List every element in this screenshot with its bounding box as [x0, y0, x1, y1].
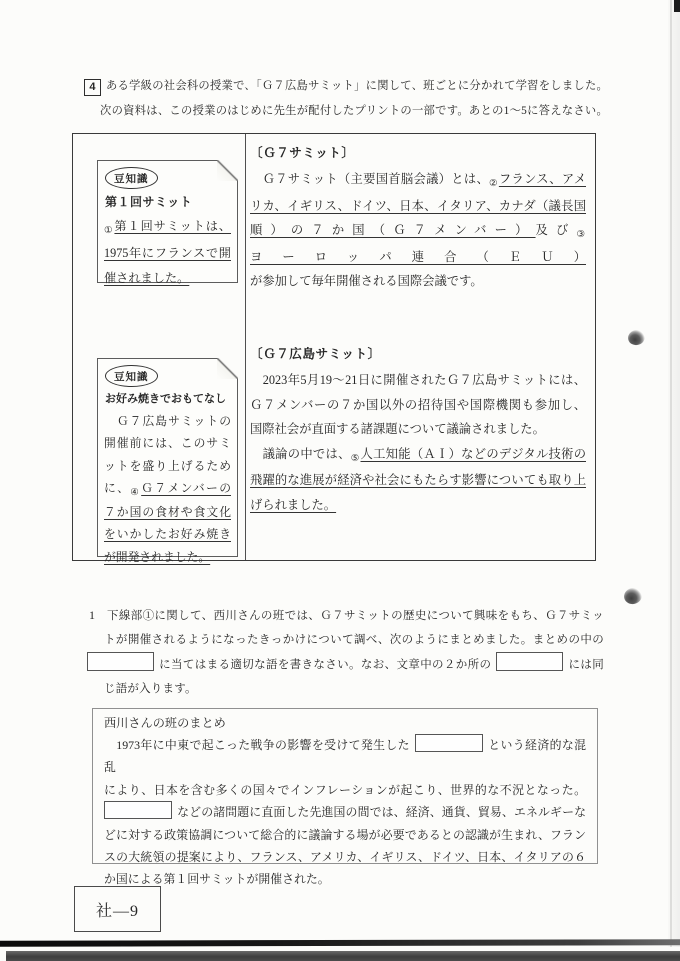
- text-run: トが開催されるようになったきっかけについて調べ、次のようにまとめました。まとめの…: [104, 634, 604, 646]
- text-line: 催されました。: [104, 266, 231, 291]
- circled-number: ④: [130, 488, 140, 498]
- trivia-badge: 豆知識: [105, 365, 158, 387]
- text-run: じ語が入ります。: [104, 683, 197, 695]
- text-line: げられました。: [250, 493, 586, 518]
- circled-number: ⑤: [351, 454, 360, 464]
- text-run: 下線部①に関して、西川さんの班では、Ｇ７サミットの歴史について興味をもち、Ｇ７サ…: [107, 610, 604, 622]
- question-1-text: 下線部①に関して、西川さんの班では、Ｇ７サミットの歴史について興味をもち、Ｇ７サ…: [87, 605, 604, 701]
- text-line: 飛躍的な進展が経済や社会にもたらす影響についても取り上: [250, 468, 586, 493]
- question-1-number: 1: [89, 608, 95, 623]
- circled-number: ②: [489, 179, 498, 189]
- text-run: に当てはまる適切な語を書きなさい。なお、文章中の２か所の: [159, 659, 491, 671]
- underlined-text: 飛躍的な進展が経済や社会にもたらす影響についても取り上: [250, 473, 586, 487]
- question-4-intro: 4 ある学級の社会科の授業で、「Ｇ７広島サミット」に関して、班ごとに分かれて学習…: [84, 74, 608, 125]
- text-line: ７か国の食材や食文化: [104, 501, 231, 523]
- text-run: スの大統領の提案により、フランス、アメリカ、イギリス、ドイツ、日本、イタリアの６: [104, 850, 586, 864]
- text-line: トが開催されるようになったきっかけについて調べ、次のようにまとめました。まとめの…: [104, 629, 604, 653]
- question-4-text: ある学級の社会科の授業で、「Ｇ７広島サミット」に関して、班ごとに分かれて学習をし…: [84, 74, 608, 125]
- question-4-number-box: 4: [84, 79, 101, 96]
- underlined-text: げられました。: [250, 498, 336, 512]
- section-body: 2023年5月19～21日に開催されたＧ７広島サミットには、Ｇ７メンバーの７か国…: [250, 368, 586, 518]
- note-body: Ｇ７広島サミットの開催前には、このサミットを盛り上げるために、④Ｇ７メンバーの７…: [104, 410, 231, 568]
- note-title: 第１回サミット: [105, 194, 231, 211]
- text-line: スの大統領の提案により、フランス、アメリカ、イギリス、ドイツ、日本、イタリアの６: [104, 846, 586, 868]
- answer-blank-box: [104, 801, 172, 819]
- summary-text: 1973年に中東で起こった戦争の影響を受けて発生したという経済的な混乱により、日…: [104, 734, 586, 891]
- text-line: どに対する政策協調について総合的に議論する場が必要であるとの認識が生まれ、フラン: [104, 824, 586, 846]
- summary-title: 西川さんの班のまとめ: [104, 713, 586, 734]
- underlined-text: Ｇ７メンバーの: [141, 481, 231, 495]
- text-run: 2023年5月19～21日に開催されたＧ７広島サミットには、: [250, 373, 586, 387]
- page-number-box: 社—9: [74, 886, 161, 932]
- text-line: 2023年5月19～21日に開催されたＧ７広島サミットには、: [250, 368, 586, 393]
- scan-bottom-bar: [6, 951, 680, 961]
- underlined-text: 催されました。: [104, 271, 189, 285]
- answer-blank-box: [87, 652, 154, 671]
- text-line: リカ、イギリス、ドイツ、日本、イタリア、カナダ（議長国: [250, 194, 586, 219]
- section-heading: 〔Ｇ７サミット〕: [250, 145, 586, 161]
- underlined-text: ヨーロッパ連合（ＥＵ）: [250, 250, 586, 264]
- text-run: 議論の中では、: [250, 447, 351, 461]
- trivia-badge: 豆知識: [105, 167, 158, 189]
- text-line: 国際社会が直面する諸課題について議論されました。: [250, 417, 586, 442]
- section-g7-summit: 〔Ｇ７サミット〕 Ｇ７サミット（主要国首脳会議）とは、②フランス、アメリカ、イギ…: [250, 145, 586, 294]
- text-line: 開催前には、このサミ: [104, 432, 231, 454]
- text-run: どに対する政策協調について総合的に議論する場が必要であるとの認識が生まれ、フラン: [104, 828, 586, 842]
- text-line: 順）の７か国（Ｇ７メンバー）及び③ヨーロッパ連合（ＥＵ）: [250, 218, 586, 269]
- underlined-text: リカ、イギリス、ドイツ、日本、イタリア、カナダ（議長国: [250, 199, 586, 213]
- trivia-note-first-summit: 豆知識 第１回サミット ①第１回サミットは、1975年にフランスで開催されました…: [97, 160, 238, 283]
- text-line: ある学級の社会科の授業で、「Ｇ７広島サミット」に関して、班ごとに分かれて学習をし…: [106, 74, 608, 99]
- text-line: 1975年にフランスで開: [104, 241, 231, 266]
- text-run: 開催前には、このサミ: [104, 436, 231, 450]
- text-line: 1973年に中東で起こった戦争の影響を受けて発生したという経済的な混乱: [104, 734, 586, 779]
- underlined-text: 第１回サミットは、: [114, 219, 231, 233]
- underlined-text: 人工知能（ＡＩ）などのデジタル技術の: [361, 447, 587, 461]
- text-run: に、: [104, 481, 130, 495]
- text-run: が参加して毎年開催される国際会議です。: [250, 274, 483, 288]
- scanned-exam-page: { "page": { "footer_label": "社—9", "pape…: [0, 0, 680, 961]
- text-line: をいかしたお好み焼き: [104, 523, 231, 545]
- question-1: 1 下線部①に関して、西川さんの班では、Ｇ７サミットの歴史について興味をもち、Ｇ…: [87, 605, 604, 701]
- text-line: ①第１回サミットは、: [104, 214, 231, 241]
- text-line: じ語が入ります。: [104, 678, 604, 702]
- text-run: には同: [568, 659, 604, 671]
- text-run: などの諸問題に直面した先進国の間では、経済、通貨、貿易、エネルギーな: [177, 805, 586, 819]
- text-run: 及び: [536, 223, 577, 237]
- text-line: Ｇ７サミット（主要国首脳会議）とは、②フランス、アメ: [250, 167, 586, 194]
- circled-number: ①: [104, 226, 113, 236]
- scan-stain: [626, 328, 646, 347]
- summary-box: 西川さんの班のまとめ 1973年に中東で起こった戦争の影響を受けて発生したという…: [92, 708, 598, 864]
- text-line: か国による第１回サミットが開催された。: [104, 868, 586, 890]
- page-number-label: 社—9: [96, 898, 139, 921]
- circled-number: ③: [576, 230, 585, 240]
- text-line: ットを盛り上げるため: [104, 455, 231, 477]
- underlined-text: が開発されました。: [104, 550, 210, 564]
- underlined-text: をいかしたお好み焼き: [104, 527, 231, 541]
- answer-blank-box: [496, 652, 563, 671]
- text-line: 議論の中では、⑤人工知能（ＡＩ）などのデジタル技術の: [250, 442, 586, 469]
- section-body: Ｇ７サミット（主要国首脳会議）とは、②フランス、アメリカ、イギリス、ドイツ、日本…: [250, 167, 586, 294]
- handout-print-box: 豆知識 第１回サミット ①第１回サミットは、1975年にフランスで開催されました…: [72, 133, 596, 561]
- column-divider: [245, 134, 246, 560]
- text-run: 1973年に中東で起こった戦争の影響を受けて発生した: [104, 738, 410, 752]
- folded-corner-icon: [217, 160, 238, 181]
- text-run: Ｇ７サミット（主要国首脳会議）とは、: [250, 172, 489, 186]
- answer-blank-box: [415, 734, 483, 752]
- text-run: Ｇ７広島サミットの: [104, 414, 231, 428]
- text-line: Ｇ７広島サミットの: [104, 410, 231, 432]
- text-line: が参加して毎年開催される国際会議です。: [250, 269, 586, 294]
- folded-corner-icon: [217, 358, 238, 379]
- underlined-text: 1975年にフランスで開: [104, 246, 231, 260]
- trivia-note-okonomiyaki: 豆知識 お好み焼きでおもてなし Ｇ７広島サミットの開催前には、このサミットを盛り…: [97, 358, 238, 557]
- note-title: お好み焼きでおもてなし: [105, 392, 231, 407]
- text-run: か国による第１回サミットが開催された。: [104, 872, 330, 886]
- text-line: 下線部①に関して、西川さんの班では、Ｇ７サミットの歴史について興味をもち、Ｇ７サ…: [107, 605, 604, 629]
- text-line: に当てはまる適切な語を書きなさい。なお、文章中の２か所のには同: [87, 652, 604, 678]
- scan-stain: [622, 586, 644, 606]
- underlined-text: フランス、アメ: [499, 172, 586, 186]
- underlined-text: ７か国の食材や食文化: [104, 505, 231, 519]
- section-heading: 〔Ｇ７広島サミット〕: [250, 346, 586, 362]
- text-line: が開発されました。: [104, 546, 231, 568]
- text-line: Ｇ７メンバーの７か国以外の招待国や国際機関も参加し、: [250, 393, 586, 418]
- text-run: ットを盛り上げるため: [104, 459, 231, 473]
- text-run: Ｇ７メンバーの７か国以外の招待国や国際機関も参加し、: [250, 398, 586, 412]
- scan-bottom-edge: [0, 939, 680, 946]
- text-line: に、④Ｇ７メンバーの: [104, 477, 231, 501]
- text-run: 国際社会が直面する諸課題について議論されました。: [250, 422, 545, 436]
- note-body: ①第１回サミットは、1975年にフランスで開催されました。: [104, 214, 231, 291]
- section-g7-hiroshima-summit: 〔Ｇ７広島サミット〕 2023年5月19～21日に開催されたＧ７広島サミットには…: [250, 346, 586, 518]
- underlined-text: 順）の７か国（Ｇ７メンバー）: [250, 223, 536, 237]
- text-line: により、日本を含む多くの国々でインフレーションが起こり、世界的な不況となった。: [104, 779, 586, 801]
- scan-edge-line: [670, 0, 672, 947]
- text-line: 次の資料は、この授業のはじめに先生が配付したプリントの一部です。あとの1～5に答…: [100, 99, 608, 124]
- text-run: により、日本を含む多くの国々でインフレーションが起こり、世界的な不況となった。: [104, 783, 586, 797]
- text-line: などの諸問題に直面した先進国の間では、経済、通貨、貿易、エネルギーな: [104, 801, 586, 823]
- text-run: 次の資料は、この授業のはじめに先生が配付したプリントの一部です。あとの1～5に答…: [100, 105, 608, 117]
- text-run: ある学級の社会科の授業で、「Ｇ７広島サミット」に関して、班ごとに分かれて学習をし…: [106, 80, 608, 92]
